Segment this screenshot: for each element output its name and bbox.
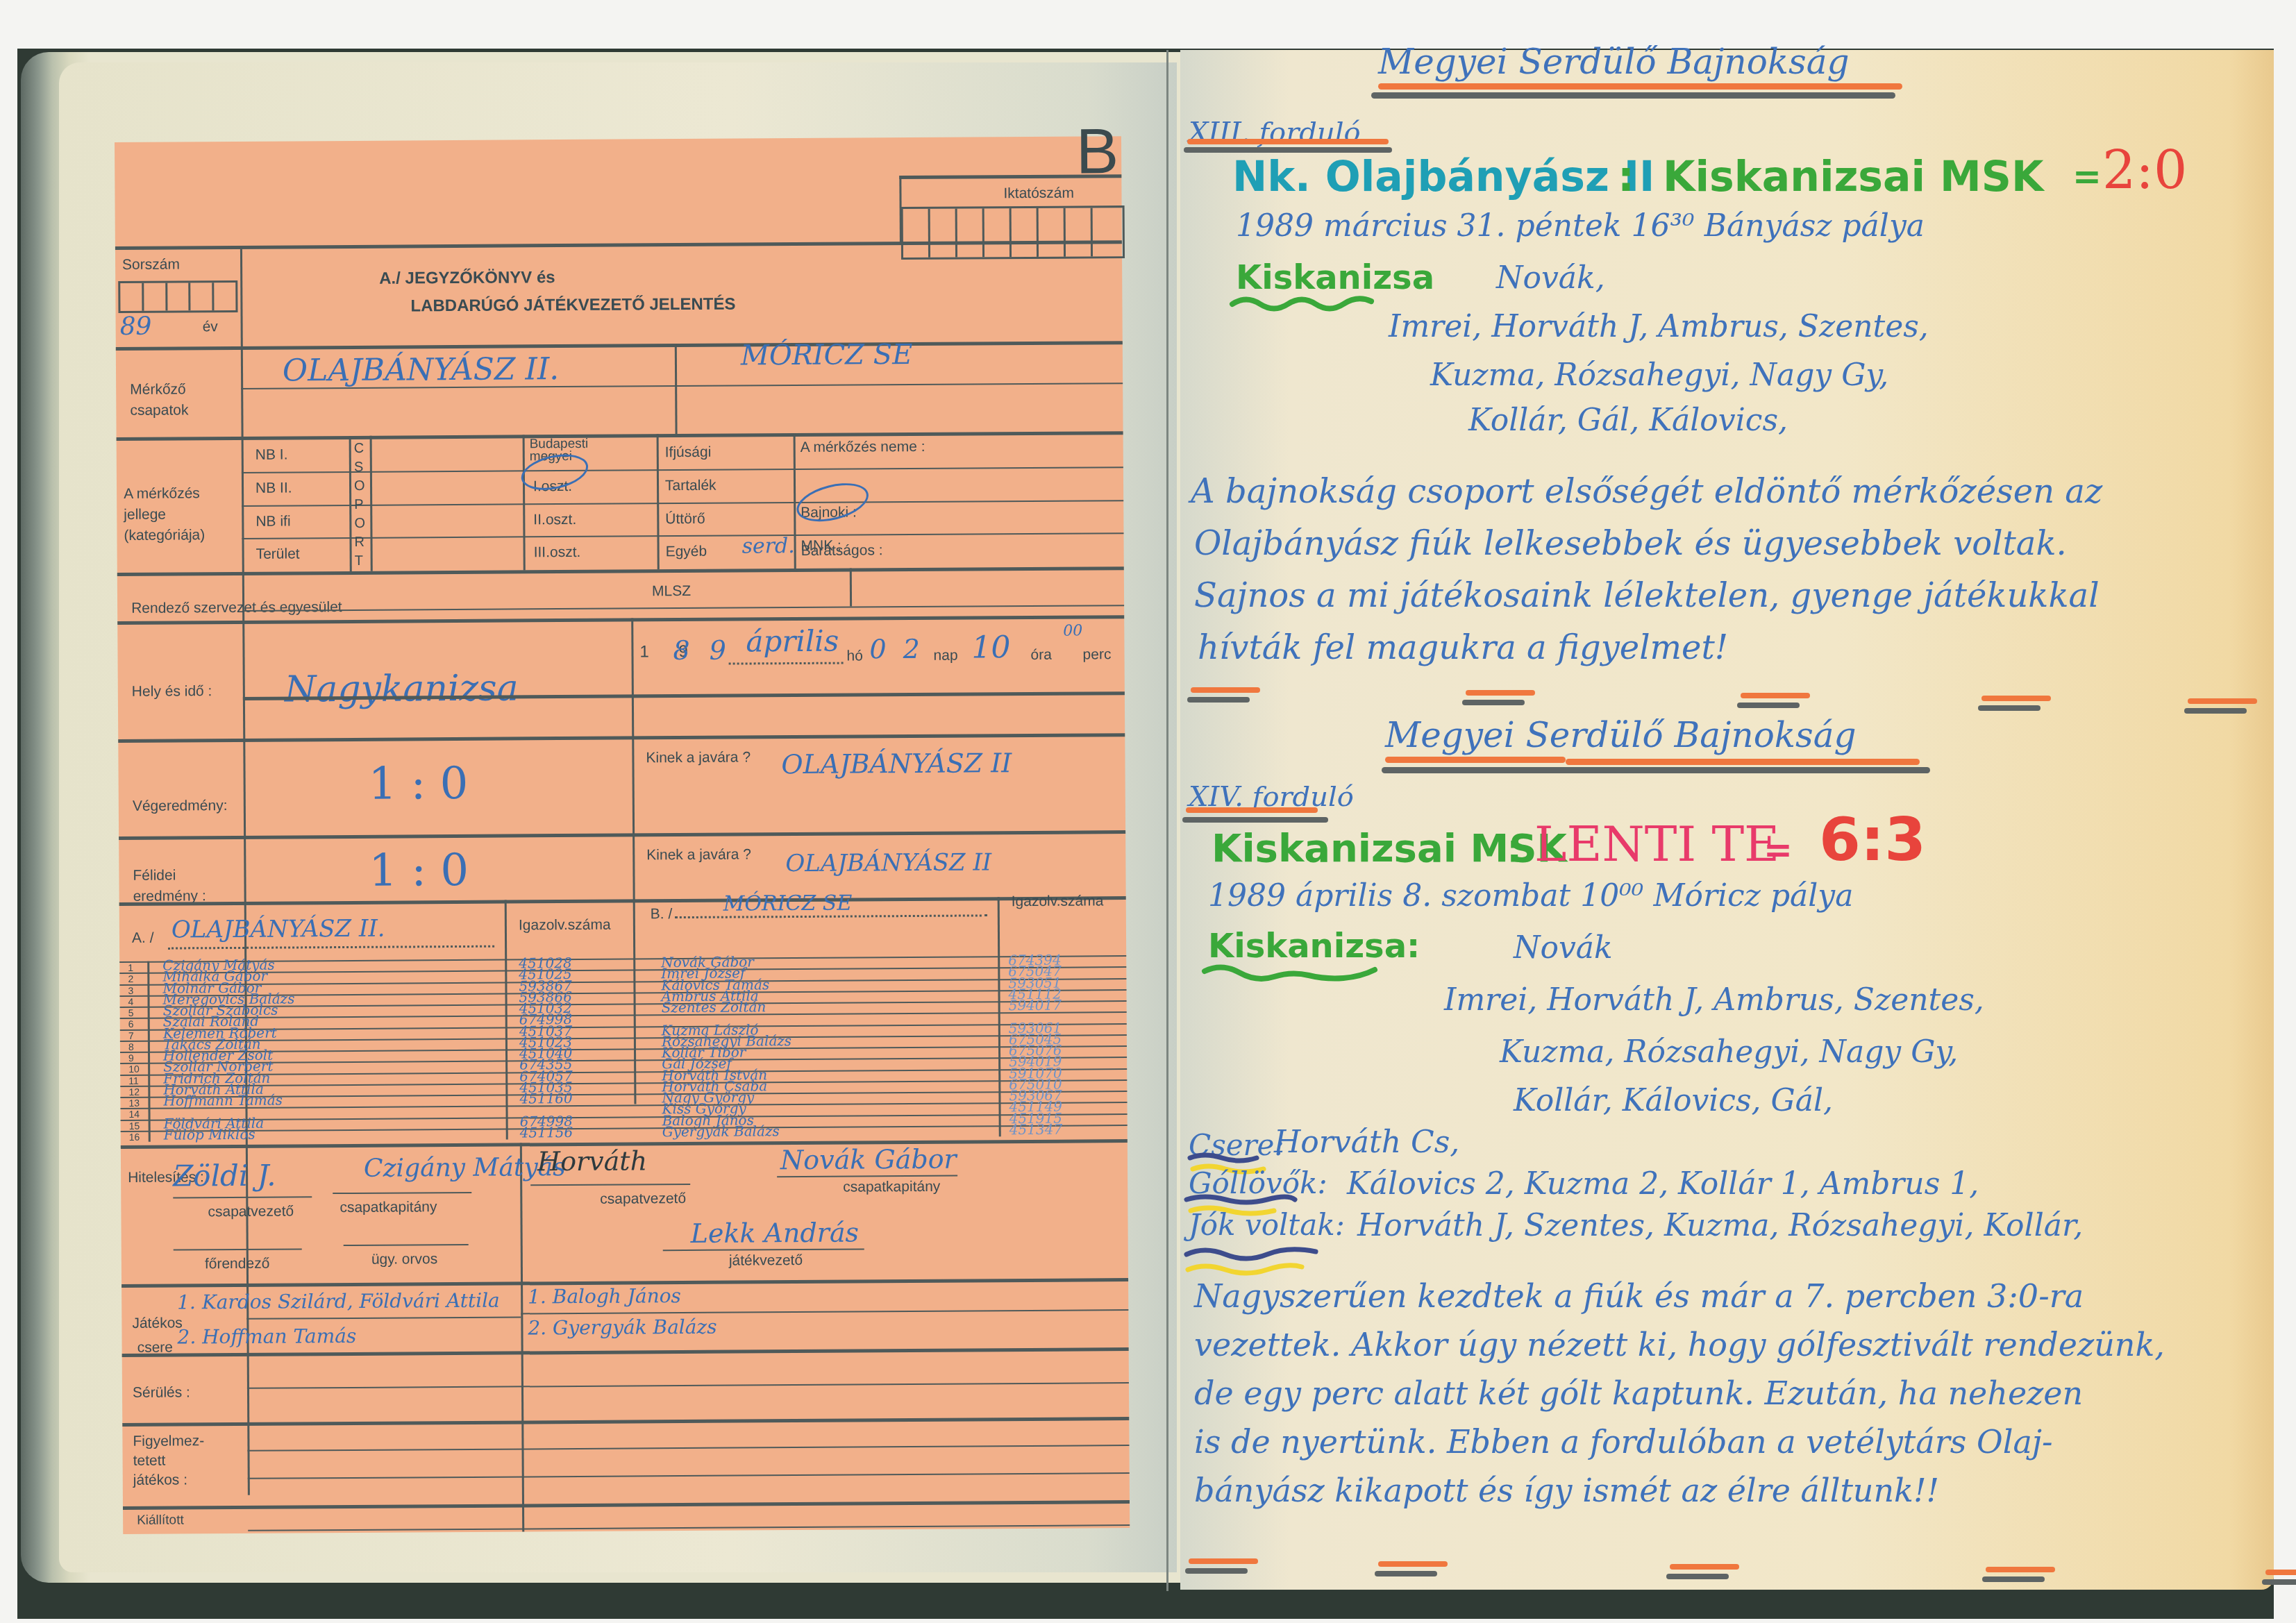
rule bbox=[119, 896, 1126, 906]
role-referee: játékvezető bbox=[729, 1252, 803, 1270]
year-label: év bbox=[203, 319, 218, 335]
place-time-label: Hely és idő : bbox=[132, 683, 212, 700]
team-a-player-id: 451160 bbox=[519, 1090, 573, 1107]
rule bbox=[119, 830, 1125, 840]
good-players-label: Jók voltak: bbox=[1189, 1208, 1345, 1242]
csoport-letter: T bbox=[355, 553, 363, 569]
final-result: 1 : 0 bbox=[368, 758, 468, 810]
divider-dash-orange bbox=[1191, 687, 1260, 693]
team-a-dots bbox=[168, 945, 494, 950]
section-2-date: 1989 április 8. szombat 10⁰⁰ Móricz pály… bbox=[1208, 878, 1853, 914]
rule bbox=[242, 466, 1123, 473]
player-number: 12 bbox=[128, 1086, 140, 1098]
match-type: A mérkőzés neme : bbox=[801, 439, 925, 456]
team-b-player-id: 451347 bbox=[1009, 1120, 1063, 1137]
player-number: 1 bbox=[128, 962, 133, 973]
age-level: Egyéb bbox=[666, 544, 707, 560]
rule bbox=[675, 344, 678, 434]
section-1-date: 1989 március 31. péntek 16³⁰ Bányász pál… bbox=[1236, 208, 1925, 244]
warned-label: Figyelmez- bbox=[133, 1433, 204, 1450]
section-2-lineup-row: Kollár, Kálovics, Gál, bbox=[1514, 1083, 1833, 1118]
csoport-letter: O bbox=[354, 516, 365, 532]
section-1-comment-line: hívták fel magukra a figyelmet! bbox=[1198, 628, 1728, 667]
team-a-player-id: 451156 bbox=[520, 1124, 573, 1141]
match-type: Barátságos : bbox=[801, 542, 883, 560]
sig-b-leader: Horváth bbox=[537, 1145, 647, 1177]
section-2-team-label: Kiskanizsa: bbox=[1208, 927, 1420, 966]
csoport-letter: C bbox=[354, 441, 364, 457]
id-header-a: Igazolv.száma bbox=[519, 917, 611, 934]
section-1-lineup-row: Kuzma, Rózsahegyi, Nagy Gy, bbox=[1430, 358, 1888, 393]
player-number: 4 bbox=[128, 996, 134, 1007]
section-1-comment-line: Sajnos a mi játékosaink lélektelen, gyen… bbox=[1194, 576, 2100, 615]
heading-underline-grey bbox=[1371, 92, 1895, 99]
match-report-form: B Iktatószám Sorszám 89 év A./ JEGYZŐKÖN… bbox=[115, 136, 1130, 1534]
csoport-letter: S bbox=[354, 460, 363, 476]
divider-dash-grey bbox=[2262, 1579, 2296, 1585]
section-1-comment-line: A bajnokság csoport elsőségét eldöntő mé… bbox=[1191, 472, 2102, 511]
month-label: hó bbox=[846, 648, 863, 664]
round-underline-grey bbox=[1184, 147, 1392, 153]
divider-dash-grey bbox=[1185, 1568, 1248, 1574]
minute-label: perc bbox=[1082, 646, 1111, 663]
match-minute: 00 bbox=[1063, 622, 1082, 639]
nb-level: NB I. bbox=[255, 446, 288, 463]
team-b-player-id: 594017 bbox=[1009, 997, 1062, 1014]
section-1-separator: : bbox=[1618, 153, 1634, 201]
sig-a-captain: Czigány Mátyás bbox=[364, 1153, 566, 1183]
sig-line bbox=[777, 1175, 957, 1178]
section-1-score: 2:0 bbox=[2102, 139, 2187, 201]
round-underline-orange bbox=[1186, 807, 1318, 813]
rule bbox=[242, 500, 1123, 507]
iktatoszam-label: Iktatószám bbox=[1003, 185, 1074, 203]
organizer-label: Rendező szervezet és egyesület bbox=[131, 599, 342, 617]
final-winner-label: Kinek a javára ? bbox=[646, 749, 751, 766]
warned-label: tetett bbox=[133, 1453, 166, 1470]
section-2-comment-line: Nagyszerűen kezdtek a fiúk és már a 7. p… bbox=[1194, 1277, 2084, 1315]
section-1-heading: Megyei Serdülő Bajnokság bbox=[1378, 42, 1850, 82]
rule bbox=[370, 436, 373, 571]
rule bbox=[520, 1143, 524, 1531]
month-dots bbox=[729, 662, 844, 665]
sentoff-label: Kiállított bbox=[137, 1513, 184, 1528]
form-title-line1: A./ JEGYZŐKÖNYV és bbox=[379, 268, 555, 289]
place-value: Nagykanizsa bbox=[285, 667, 519, 710]
rule bbox=[119, 978, 1126, 986]
rule bbox=[117, 615, 1124, 625]
rule bbox=[631, 618, 636, 1104]
divider-dash-orange bbox=[1189, 1558, 1258, 1564]
sig-line bbox=[344, 1244, 469, 1246]
rule bbox=[850, 569, 852, 607]
section-2-comment-line: is de nyertünk. Ebben a fordulóban a vet… bbox=[1194, 1423, 2053, 1461]
sig-referee: Lekk András bbox=[690, 1217, 859, 1248]
injury-label: Sérülés : bbox=[133, 1384, 190, 1402]
rule bbox=[117, 566, 1124, 576]
player-number: 7 bbox=[128, 1029, 134, 1041]
rule bbox=[248, 1472, 1130, 1479]
rule bbox=[122, 1417, 1129, 1427]
player-number: 8 bbox=[128, 1041, 134, 1052]
role-captain-b: csapatkapitány bbox=[843, 1179, 940, 1196]
divider-dash-orange bbox=[1741, 693, 1810, 698]
team-a-player-name: Hoffmann Tamás bbox=[163, 1092, 283, 1109]
nb-level: NB II. bbox=[255, 480, 292, 496]
navy-yellow-wave bbox=[1184, 1246, 1323, 1281]
subs-label: Játékos bbox=[132, 1315, 183, 1331]
final-result-label: Végeredmény: bbox=[133, 798, 228, 815]
match-day: 0 2 bbox=[869, 634, 924, 664]
rule bbox=[122, 1347, 1129, 1357]
rule bbox=[121, 1113, 1128, 1121]
section-2-lineup-row: Imrei, Horváth J, Ambrus, Szentes, bbox=[1444, 982, 1984, 1018]
section-2-separator: : bbox=[1507, 826, 1522, 871]
egyeb-value: serd. bbox=[741, 534, 794, 558]
rule bbox=[123, 1500, 1130, 1510]
day-label: nap bbox=[933, 648, 957, 664]
team-a-name: OLAJBÁNYÁSZ II. bbox=[283, 351, 559, 388]
form-title-line2: LABDARÚGÓ JÁTÉKVEZETŐ JELENTÉS bbox=[410, 295, 735, 317]
sorszam-label: Sorszám bbox=[122, 256, 180, 274]
sig-b-captain: Novák Gábor bbox=[780, 1144, 957, 1176]
section-1-goalkeeper: Novák, bbox=[1496, 260, 1605, 296]
role-captain-a: csapatkapitány bbox=[340, 1199, 437, 1216]
heading-underline-grey bbox=[1382, 767, 1930, 773]
player-number: 13 bbox=[128, 1098, 140, 1109]
divider-dash-grey bbox=[1375, 1571, 1437, 1576]
category-label: (kategóriája) bbox=[124, 527, 205, 544]
player-number: 11 bbox=[128, 1075, 139, 1086]
role-doctor: ügy. orvos bbox=[371, 1251, 437, 1268]
divider-dash-orange bbox=[2188, 698, 2257, 704]
hour-label: óra bbox=[1030, 647, 1052, 664]
player-number: 16 bbox=[129, 1132, 140, 1143]
rule bbox=[120, 1079, 1127, 1087]
heading-underline-orange bbox=[1378, 83, 1902, 90]
team-b-list-name: MÓRICZ SE bbox=[723, 891, 853, 916]
team-a-list-name: OLAJBÁNYÁSZ II. bbox=[171, 915, 385, 944]
heading-underline-orange bbox=[1385, 757, 1566, 763]
divider-dash-grey bbox=[1187, 697, 1250, 703]
csoport-letter: O bbox=[354, 478, 365, 494]
teams-label: csapatok bbox=[130, 402, 188, 419]
final-winner: OLAJBÁNYÁSZ II bbox=[781, 748, 1012, 780]
divider-dash-orange bbox=[1981, 696, 2051, 701]
team-b-dots bbox=[675, 914, 987, 918]
rule bbox=[523, 435, 526, 570]
subs-a-2: 2. Hoffman Tamás bbox=[177, 1325, 356, 1349]
rule bbox=[505, 900, 508, 1140]
section-2-comment-line: de egy perc alatt két gólt kaptunk. Ezut… bbox=[1194, 1374, 2083, 1412]
warned-label: játékos : bbox=[133, 1472, 187, 1488]
rule bbox=[998, 897, 1001, 1136]
divider-dash-grey bbox=[1666, 1574, 1729, 1579]
nb-level: Terület bbox=[256, 546, 300, 562]
category-label: jellege bbox=[124, 507, 166, 523]
section-2-comment-line: vezettek. Akkor úgy nézett ki, hogy gólf… bbox=[1194, 1326, 2165, 1363]
section-2-score: 6:3 bbox=[1819, 805, 1926, 875]
section-2-equals: = bbox=[1763, 830, 1793, 870]
divider-dash-orange bbox=[2265, 1570, 2296, 1575]
sig-line bbox=[530, 1184, 690, 1186]
divider-dash-grey bbox=[2184, 708, 2247, 714]
rule bbox=[117, 431, 1123, 441]
sig-line bbox=[174, 1248, 302, 1250]
section-2-lineup-row: Kuzma, Rózsahegyi, Nagy Gy, bbox=[1500, 1034, 1958, 1070]
csoport-letter: R bbox=[354, 535, 364, 550]
round-underline-orange bbox=[1187, 139, 1389, 144]
subs-b-2: 2. Gyergyák Balázs bbox=[528, 1315, 717, 1340]
green-wave-underline bbox=[1201, 961, 1382, 989]
book-spine bbox=[1166, 50, 1168, 1591]
section-1-equals: = bbox=[2072, 156, 2102, 196]
role-organizer: főrendező bbox=[205, 1256, 270, 1273]
rule bbox=[248, 1445, 1130, 1452]
team-b-name: MÓRICZ SE bbox=[741, 339, 913, 372]
player-number: 6 bbox=[128, 1018, 134, 1029]
divider-dash-orange bbox=[1466, 690, 1535, 696]
half-result-label: Félidei bbox=[133, 867, 176, 884]
match-month: április bbox=[746, 624, 839, 659]
section-1-lineup-row: Kollár, Gál, Kálovics, bbox=[1468, 403, 1788, 438]
half-winner: OLAJBÁNYÁSZ II bbox=[785, 848, 991, 877]
section-1-away-team: Kiskanizsai MSK bbox=[1663, 153, 2043, 201]
player-number: 3 bbox=[128, 984, 133, 995]
team-b-player-name: Gyergyák Balázs bbox=[662, 1122, 780, 1140]
sig-line bbox=[663, 1248, 864, 1251]
player-number: 2 bbox=[128, 973, 133, 984]
section-1-home-team: Nk. Olajbányász II bbox=[1232, 153, 1654, 201]
section-2-away-team: LENTI TE bbox=[1534, 816, 1779, 873]
rule bbox=[121, 1125, 1128, 1132]
section-2-comment-line: bányász kikapott és így ismét az élre ál… bbox=[1194, 1472, 1939, 1509]
player-number: 10 bbox=[128, 1063, 140, 1075]
divider-dash-grey bbox=[1978, 705, 2041, 711]
divider-dash-orange bbox=[1670, 1564, 1739, 1570]
county-level: III.oszt. bbox=[534, 544, 581, 561]
id-header-b: Igazolv.száma bbox=[1012, 893, 1104, 910]
teams-label: Mérkőző bbox=[130, 381, 186, 398]
rule bbox=[246, 1316, 521, 1319]
team-b-player-name: Szentes Zoltán bbox=[662, 998, 766, 1016]
player-number: 14 bbox=[129, 1109, 140, 1120]
rule bbox=[242, 532, 1123, 539]
rule bbox=[521, 1309, 1128, 1314]
rule bbox=[349, 436, 352, 571]
good-players-value: Horváth J, Szentes, Kuzma, Rózsahegyi, K… bbox=[1357, 1208, 2083, 1243]
player-number: 5 bbox=[128, 1007, 134, 1018]
sig-a-leader: Zöldi J. bbox=[173, 1159, 276, 1193]
role-leader-b: csapatvezető bbox=[600, 1191, 686, 1208]
sig-line bbox=[173, 1196, 312, 1198]
match-hour: 10 bbox=[971, 630, 1010, 665]
rule bbox=[247, 1382, 1129, 1389]
divider-dash-grey bbox=[1737, 703, 1800, 708]
subs-b-1: 1. Balogh János bbox=[528, 1284, 681, 1308]
age-level: Tartalék bbox=[665, 478, 717, 494]
section-2-heading: Megyei Serdülő Bajnokság bbox=[1385, 715, 1857, 755]
sorszam-boxes bbox=[118, 280, 237, 313]
half-winner-label: Kinek a javára ? bbox=[646, 846, 751, 864]
divider-dash-orange bbox=[1378, 1561, 1448, 1567]
sig-line bbox=[333, 1192, 471, 1194]
organizer-value: MLSZ bbox=[652, 583, 691, 600]
match-year: 8 9 bbox=[673, 635, 732, 666]
rule bbox=[116, 341, 1123, 351]
nb-level: NB ifi bbox=[255, 513, 290, 530]
county-level: II.oszt. bbox=[533, 512, 576, 528]
divider-dash-grey bbox=[1462, 700, 1525, 705]
subs-a-1: 1. Kardos Szilárd, Földvári Attila bbox=[177, 1289, 500, 1314]
category-label: A mérkőzés bbox=[124, 485, 200, 503]
player-number: 15 bbox=[129, 1120, 140, 1131]
rule bbox=[242, 605, 1124, 612]
rule bbox=[657, 434, 660, 569]
section-1-lineup-row: Imrei, Horváth J, Ambrus, Szentes, bbox=[1389, 309, 1929, 344]
divider-dash-grey bbox=[1982, 1576, 2045, 1582]
age-level: Ifjúsági bbox=[665, 444, 712, 461]
divider-dash-orange bbox=[1986, 1567, 2055, 1572]
green-wave-underline bbox=[1229, 292, 1389, 312]
section-2-goalkeeper: Novák bbox=[1514, 930, 1613, 966]
team-a-player-name: Fülöp Miklós bbox=[164, 1126, 255, 1143]
team-b-prefix: B. / bbox=[651, 906, 673, 923]
rule bbox=[118, 733, 1125, 743]
round-underline-grey bbox=[1182, 817, 1328, 823]
player-number: 9 bbox=[128, 1052, 134, 1063]
section-1-comment-line: Olajbányász fiúk lelkesebbek és ügyesebb… bbox=[1194, 524, 2067, 563]
half-result: 1 : 0 bbox=[369, 845, 469, 897]
subs-value: Horváth Cs, bbox=[1274, 1125, 1459, 1160]
iktatoszam-boxes bbox=[901, 205, 1125, 260]
team-a-prefix: A. / bbox=[132, 930, 154, 947]
role-leader-a: csapatvezető bbox=[208, 1203, 294, 1220]
heading-underline-orange bbox=[1566, 759, 1920, 765]
age-level: Úttörő bbox=[665, 511, 705, 528]
year-value: 89 bbox=[119, 312, 151, 341]
scorers-value: Kálovics 2, Kuzma 2, Kollár 1, Ambrus 1, bbox=[1347, 1166, 1979, 1202]
csoport-letter: P bbox=[354, 497, 363, 513]
